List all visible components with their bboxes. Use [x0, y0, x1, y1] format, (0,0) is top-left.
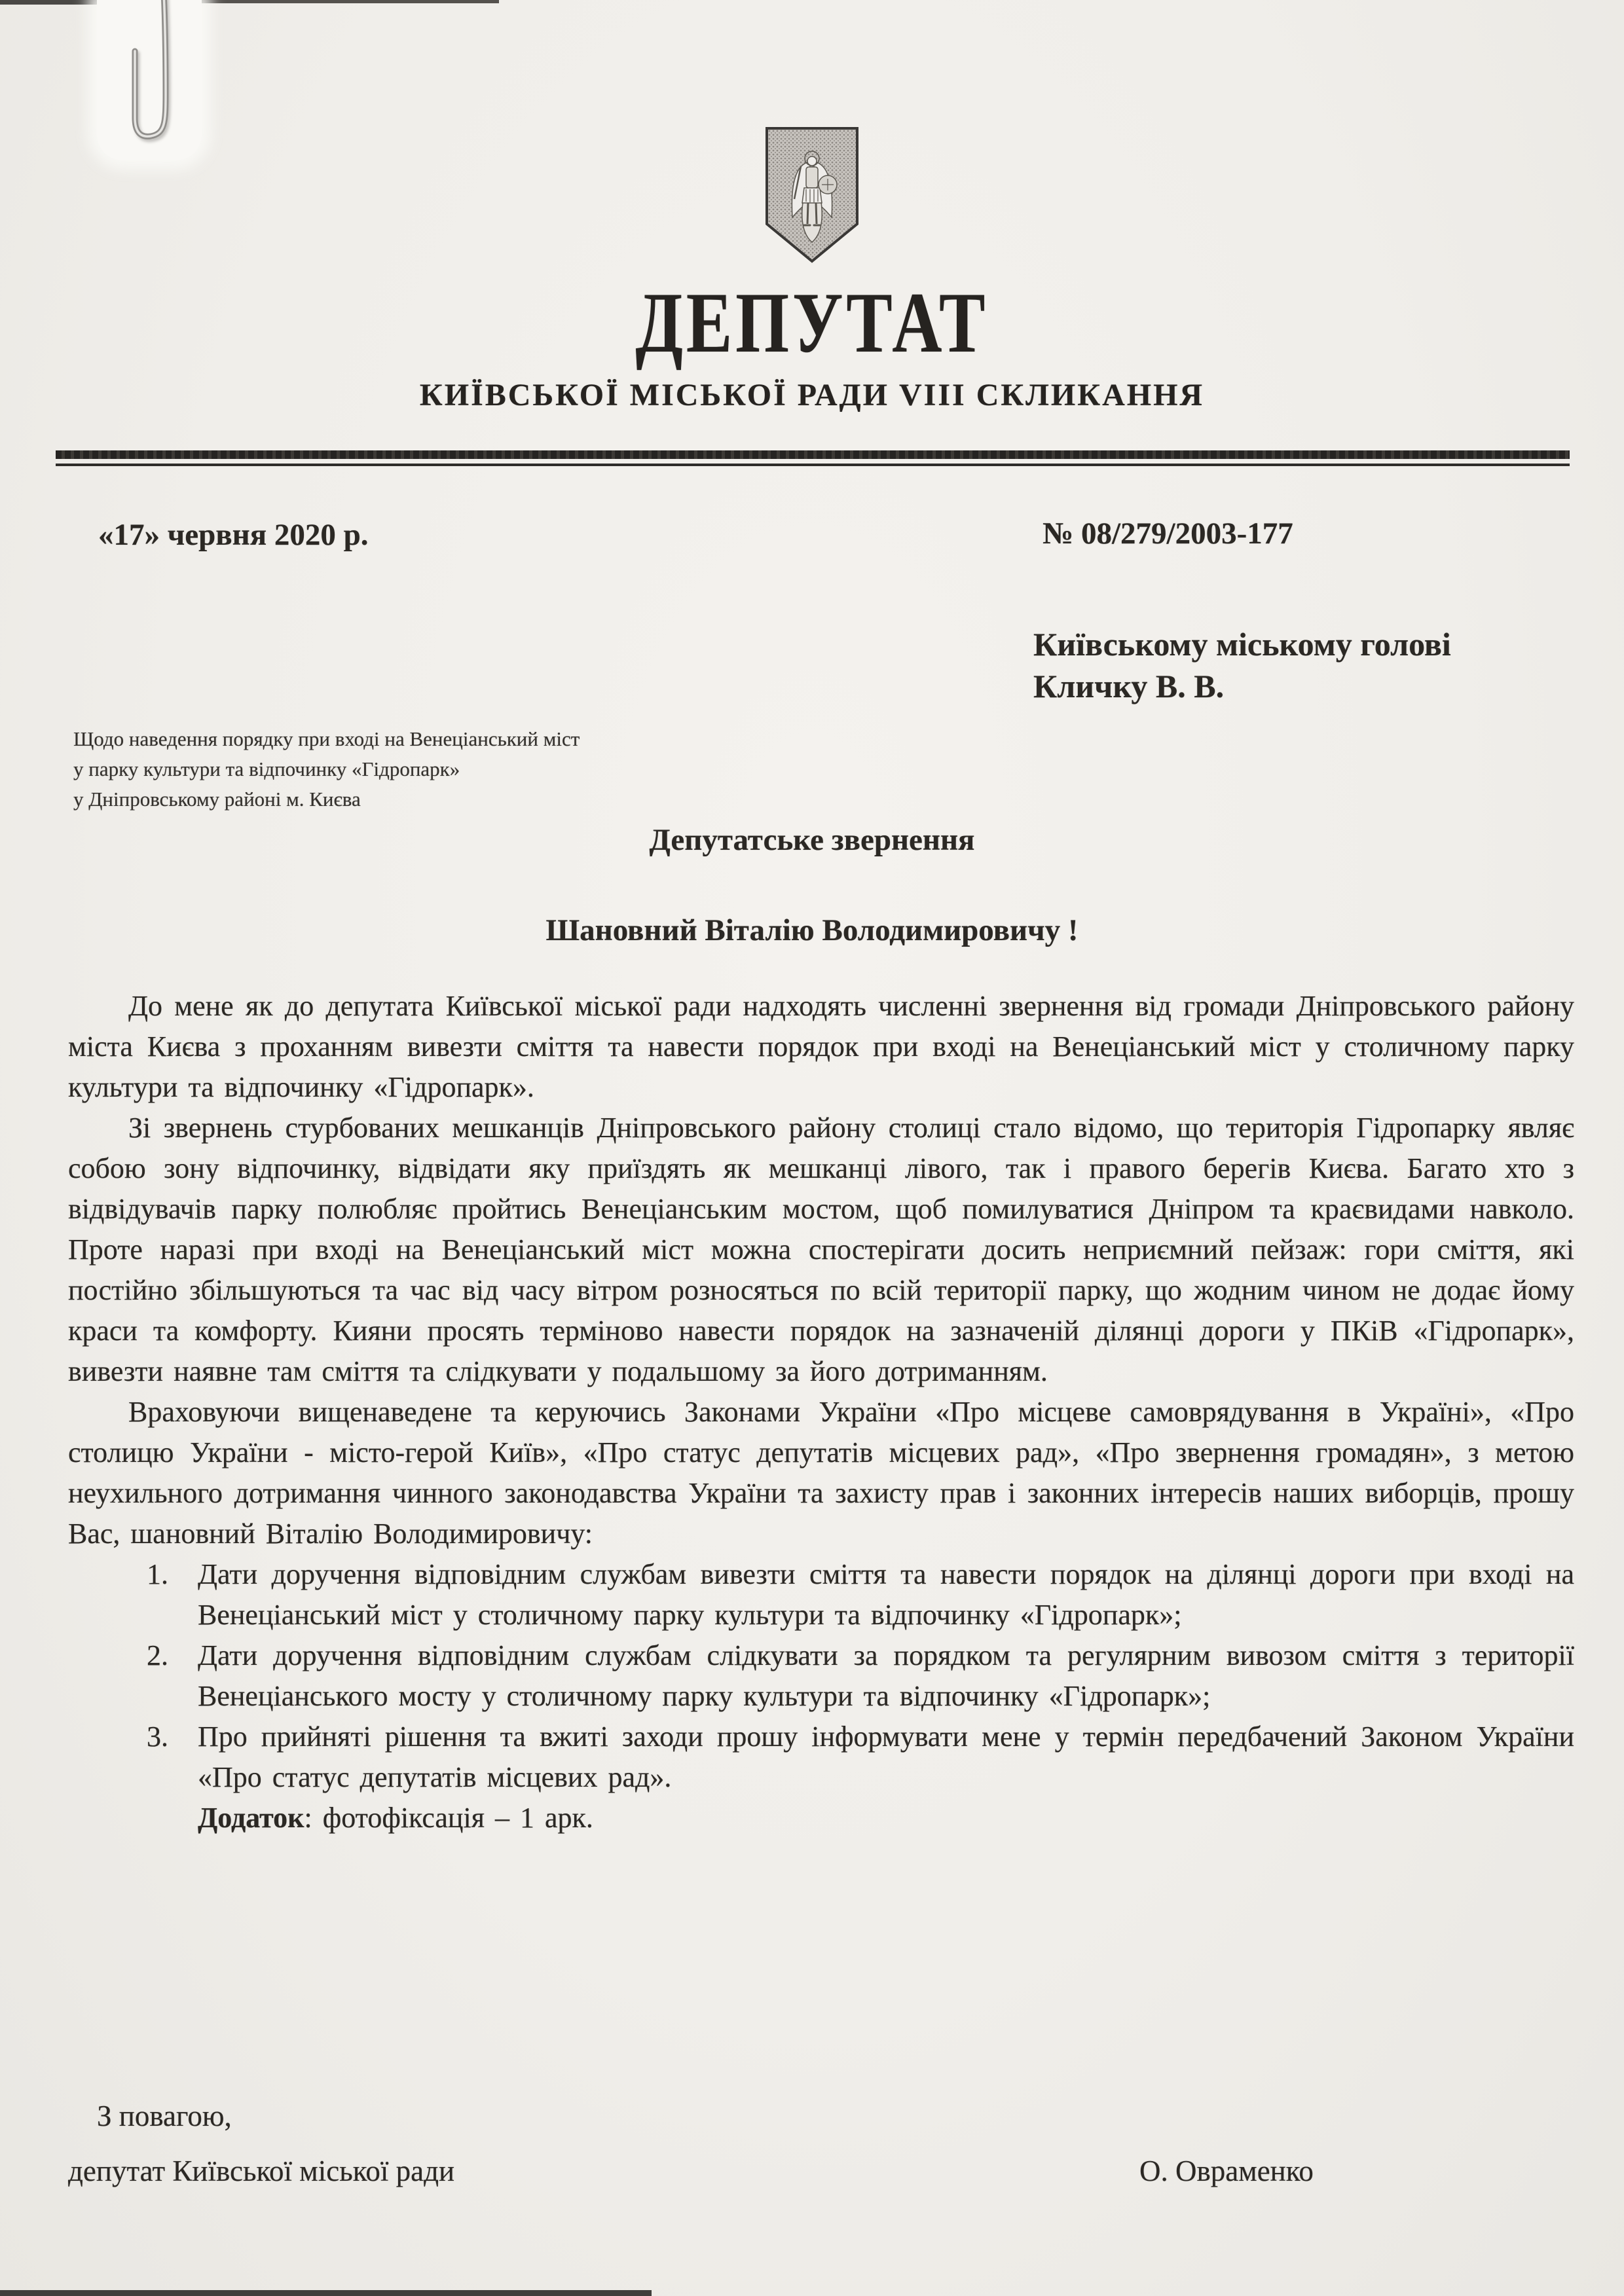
list-item-text: Про прийняті рішення та вжиті заходи про… [198, 1717, 1574, 1798]
document-date: «17» червня 2020 р. [98, 517, 369, 553]
subject-line: Щодо наведення порядку при вході на Вене… [73, 724, 580, 754]
attachment-text: : фотофіксація – 1 арк. [304, 1802, 593, 1834]
addressee-name: Кличку В. В. [1033, 665, 1451, 707]
document-number: № 08/279/2003-177 [1043, 516, 1293, 551]
salutation-heading: Шановний Віталію Володимировичу ! [0, 913, 1624, 948]
scan-edge-artifact [185, 0, 499, 3]
list-item-number: 2. [147, 1635, 198, 1717]
kyiv-coat-of-arms [764, 126, 860, 268]
subject-line: у Дніпровському районі м. Києва [73, 784, 580, 814]
attachment-line: Додаток: фотофіксація – 1 арк. [68, 1798, 1574, 1838]
list-item-number: 1. [147, 1554, 198, 1635]
scan-edge-artifact [0, 0, 113, 5]
list-item: 1. Дати доручення відповідним службам ви… [68, 1554, 1574, 1635]
letterhead-rule-thick [56, 450, 1570, 459]
scan-edge-artifact [0, 2290, 652, 2296]
document-type-heading: Депутатське звернення [0, 822, 1624, 858]
letter-body: До мене як до депутата Київської міської… [68, 986, 1574, 1838]
letterhead-subtitle: КИЇВСЬКОЇ МІСЬКОЇ РАДИ VIII СКЛИКАННЯ [0, 377, 1624, 413]
list-item-text: Дати доручення відповідним службам вивез… [198, 1554, 1574, 1635]
list-item-number: 3. [147, 1717, 198, 1798]
subject-block: Щодо наведення порядку при вході на Вене… [73, 724, 580, 814]
letterhead-rule-thin [56, 464, 1570, 466]
list-item: 2. Дати доручення відповідним службам сл… [68, 1635, 1574, 1717]
closing-regards: З повагою, [97, 2099, 232, 2133]
paragraph: Враховуючи вищенаведене та керуючись Зак… [68, 1392, 1574, 1554]
letterhead-title-text: ДЕПУТАТ [636, 275, 989, 370]
paragraph: До мене як до депутата Київської міської… [68, 986, 1574, 1108]
paperclip-icon [110, 0, 189, 168]
addressee-block: Київському міському голові Кличку В. В. [1033, 623, 1451, 707]
subject-line: у парку культури та відпочинку «Гідропар… [73, 754, 580, 784]
signer-name: О. Овраменко [1139, 2154, 1314, 2188]
list-item: 3. Про прийняті рішення та вжиті заходи … [68, 1717, 1574, 1798]
signer-position: депутат Київської міської ради [68, 2154, 454, 2188]
paragraph: Зі звернень стурбованих мешканців Дніпро… [68, 1108, 1574, 1392]
attachment-label: Додаток [198, 1802, 304, 1834]
addressee-title: Київському міському голові [1033, 623, 1451, 665]
letterhead-title: ДЕПУТАТ [0, 275, 1624, 370]
request-list: 1. Дати доручення відповідним службам ви… [68, 1554, 1574, 1798]
scanned-letter-page: ДЕПУТАТ КИЇВСЬКОЇ МІСЬКОЇ РАДИ VIII СКЛИ… [0, 0, 1624, 2296]
list-item-text: Дати доручення відповідним службам слідк… [198, 1635, 1574, 1717]
